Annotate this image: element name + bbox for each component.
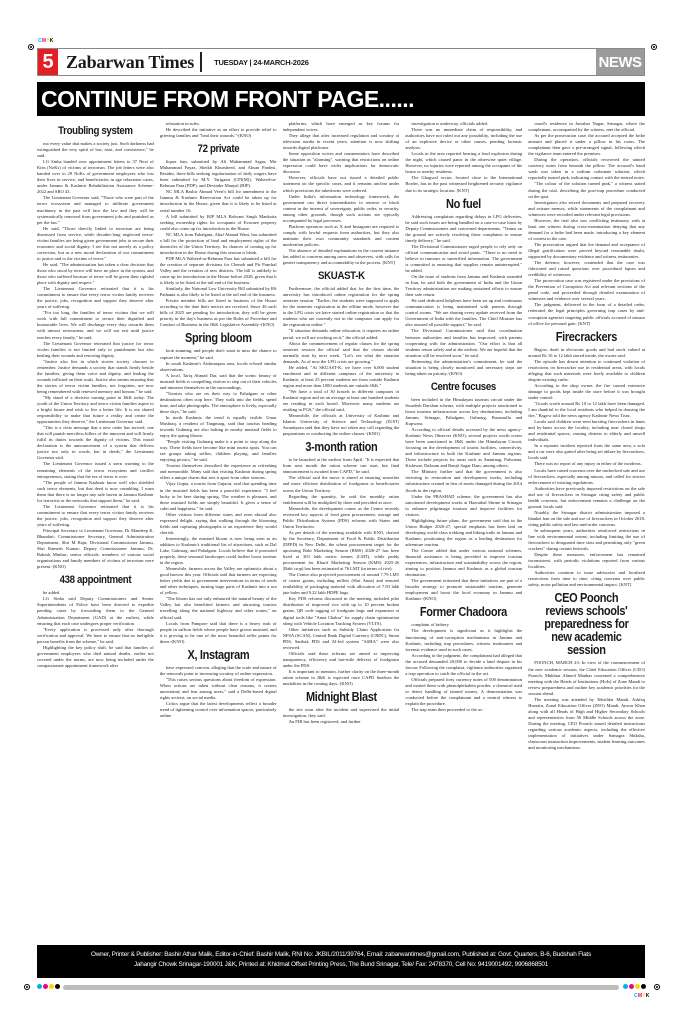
- article-paragraph: "This is a clear message that a new orde…: [37, 425, 154, 461]
- article-paragraph: Addressing complaints regarding delays i…: [405, 214, 522, 244]
- article-paragraph: POONCH, MARCH 23: In view of the commenc…: [528, 660, 645, 696]
- magenta-dot: [43, 984, 48, 989]
- yellow-dot: [635, 984, 640, 989]
- article-paragraph: Notably, the Srinagar district administr…: [528, 510, 645, 528]
- article-headline: Former Chadoora: [412, 606, 515, 619]
- article-paragraph: Meanwhile, farmers across the Valley are…: [160, 566, 277, 596]
- article-headline: 3-month ration: [290, 441, 393, 454]
- article-paragraph: out every value that makes a society jus…: [37, 141, 154, 159]
- article-paragraph: However, the trial also saw conflicting …: [528, 218, 645, 242]
- article-paragraph: "Goods worth around Rs 10 to 12 lakh hav…: [528, 401, 645, 419]
- cyan-dot: [37, 984, 42, 989]
- article-paragraph: Other visitors from different states and…: [160, 512, 277, 536]
- article-columns: Troubling systemout every value that mak…: [37, 121, 645, 933]
- article-paragraph: The Lieutenant Governor reiterated that …: [37, 341, 154, 359]
- article-paragraph: The prosecution case was registered unde…: [528, 278, 645, 302]
- article-paragraph: "The colour of the solution turned pink,…: [528, 181, 645, 199]
- column-4: investigation is underway, officials add…: [405, 121, 522, 933]
- article-paragraph: have expressed concern, alleging that th…: [160, 665, 277, 677]
- article-paragraph: Bagow, dealt in electronic goods and had…: [528, 347, 645, 359]
- article-paragraph: The judgment, delivered in the form of a…: [528, 302, 645, 326]
- article-headline: 438 appointment: [44, 573, 147, 587]
- article-paragraph: Despite these measures, enforcement has …: [528, 552, 645, 570]
- article-paragraph: He said dedicated helplines have been se…: [405, 298, 522, 328]
- article-paragraph: Regarding the quantity, he said the mont…: [283, 494, 400, 506]
- article-paragraph: "For too long, the families of terror vi…: [37, 310, 154, 340]
- column-5: cused's residence in Jawahar Nagar, Srin…: [528, 121, 645, 933]
- article-paragraph: The prosecution argued that the demand a…: [528, 242, 645, 260]
- article-paragraph: According to the shop owner, the fire ca…: [528, 383, 645, 401]
- imprint-footer: Owner, Printer & Publisher: Bashir Athar…: [37, 945, 645, 978]
- article-paragraph: "If situation demands online education, …: [283, 328, 400, 340]
- article-paragraph: "We have a total of 30 hostels in differ…: [283, 389, 400, 413]
- magenta-dot: [629, 984, 634, 989]
- yellow-dot: [49, 984, 54, 989]
- article-paragraph: Other initiatives such as Subsidy Claim …: [283, 627, 400, 651]
- article-paragraph: Highlighting future plans, the governmen…: [405, 518, 522, 548]
- article-paragraph: About the commencement of regular classe…: [283, 341, 400, 365]
- article-paragraph: "Tourists who are on their way to Pahalg…: [160, 391, 277, 415]
- article-paragraph: The episode has drawn attention to conti…: [528, 359, 645, 383]
- registration-mark-top-right: [651, 44, 657, 50]
- article-paragraph: Meanwhile, the officials at University o…: [283, 413, 400, 437]
- article-paragraph: Tourists themselves described the experi…: [160, 463, 277, 481]
- registration-mark-top-left: [28, 44, 34, 50]
- article-paragraph: On the issue of students from Jammu and …: [405, 274, 522, 298]
- article-paragraph: LG Sinha handed over appointment letters…: [37, 159, 154, 195]
- page-number: 5: [38, 49, 58, 75]
- article-paragraph: Vijay Gupta, a tourist from Gujarat, sai…: [160, 481, 277, 511]
- article-paragraph: The Lieutenant Governor said, "Those who…: [37, 195, 154, 225]
- article-paragraph: He described the initiative as an effort…: [160, 127, 277, 139]
- registration-mark-bottom-left: [24, 984, 30, 990]
- article-paragraph: Locals have raised concerns over the unc…: [528, 468, 645, 486]
- article-paragraph: "People visiting Gulmarg make it a point…: [160, 439, 277, 463]
- article-paragraph: Principal Secretary to Lieutenant Govern…: [37, 528, 154, 570]
- article-paragraph: As per details of the meeting available …: [283, 530, 400, 572]
- article-paragraph: In north Kashmir, the trend is equally v…: [160, 415, 277, 439]
- article-paragraph: During the operation, officials recovere…: [528, 157, 645, 181]
- article-paragraph: The Centre also projected procurement of…: [283, 572, 400, 596]
- article-paragraph: Meanwhile, the development comes as the …: [283, 506, 400, 530]
- article-paragraph: "Justice also lies in which stories soci…: [37, 359, 154, 395]
- article-paragraph: According to official details accessed b…: [405, 427, 522, 469]
- imprint-line-2: Jahangir Chowk Srinagar-190001 J&K, Prin…: [37, 960, 645, 970]
- article-paragraph: look stunning, and people don't want to …: [160, 348, 277, 360]
- article-paragraph: He said, "Those directly linked to terro…: [37, 226, 154, 262]
- article-paragraph: "My stand of a decisive turning point in…: [37, 395, 154, 425]
- article-paragraph: cused's residence in Jawahar Nagar, Srin…: [528, 121, 645, 133]
- article-paragraph: The Lieutenant Governor reiterated that …: [37, 504, 154, 528]
- article-paragraph: The government reiterated that these ini…: [405, 578, 522, 602]
- article-paragraph: A bill submitted by BJP MLA Balwant Sing…: [160, 214, 277, 232]
- article-paragraph: In subsequent years, authorities reinfor…: [528, 528, 645, 552]
- article-paragraph: Key PDS reforms discussed in the meeting…: [283, 596, 400, 626]
- article-paragraph: An FIR has been registered, and further: [283, 719, 400, 725]
- article-paragraph: As per the prosecution case, the accused…: [528, 133, 645, 157]
- column-1: Troubling systemout every value that mak…: [37, 121, 154, 933]
- article-paragraph: LG Sinha said Deputy Commissioners and S…: [37, 596, 154, 626]
- article-paragraph: The meeting was attended by Tehsildar Ma…: [528, 697, 645, 751]
- article-paragraph: Highlighting the key policy shift, he sa…: [37, 645, 154, 669]
- article-headline: No fuel: [412, 198, 515, 211]
- article-headline: Troubling system: [44, 124, 147, 138]
- article-paragraph: According to the judgment, the complaina…: [405, 653, 522, 677]
- article-paragraph: The Ministry further said that the gover…: [405, 469, 522, 493]
- registration-mark-bottom-right: [654, 984, 660, 990]
- article-headline: SKUAST-K: [290, 269, 393, 283]
- article-paragraph: He said, "The administration has taken a…: [37, 262, 154, 286]
- article-paragraph: "The people of Jammu Kashmir know well w…: [37, 480, 154, 504]
- paper-name: Zabarwan Times: [58, 52, 202, 72]
- article-headline: Centre focuses: [412, 380, 515, 394]
- article-paragraph: Authorities have previously imposed rest…: [528, 486, 645, 510]
- article-paragraph: They allege that after increased regulat…: [283, 133, 400, 151]
- article-paragraph: The defence, however, contended that the…: [528, 260, 645, 278]
- article-paragraph: platforms, which have emerged as key for…: [283, 121, 400, 133]
- article-paragraph: PDP MLA Waheed-ur-Rehman Para has submit…: [160, 256, 277, 286]
- article-paragraph: Locals said children were seen bursting …: [528, 419, 645, 443]
- black-dot: [55, 984, 60, 989]
- article-headline: CEO Poonch reviews schools' preparedness…: [535, 592, 638, 657]
- article-headline: 72 private: [167, 142, 270, 156]
- article-paragraph: liquor ban, submitted by Ali Muhammad Sa…: [160, 159, 277, 189]
- article-paragraph: Under India's information technology fra…: [283, 194, 400, 224]
- article-paragraph: "Every application is processed only aft…: [37, 627, 154, 645]
- article-paragraph: Investigators also seized documents and …: [528, 200, 645, 218]
- article-paragraph: Interestingly, the mustard bloom is now …: [160, 536, 277, 566]
- article-paragraph: The Centre added that under various nati…: [405, 548, 522, 578]
- page-title-banner: CONTINUE FROM FRONT PAGE......: [37, 82, 645, 116]
- column-3: platforms, which have emerged as key for…: [283, 121, 400, 933]
- article-paragraph: Officials prepared forty currency notes …: [405, 677, 522, 707]
- article-paragraph: In a separate incident reported from the…: [528, 443, 645, 461]
- article-paragraph: to be launched at the earliest from Apri…: [283, 457, 400, 475]
- color-dots-left: [37, 984, 60, 989]
- article-paragraph: The absence of detailed explanations in …: [283, 248, 400, 266]
- gray-color-bar: [63, 985, 619, 990]
- column-2: relaxation in rules.He described the ini…: [160, 121, 277, 933]
- article-paragraph: Locals in the area reported hearing a lo…: [405, 151, 522, 175]
- article-paragraph: Some opposition voices and commentators …: [283, 151, 400, 175]
- article-paragraph: The Lieutenant Governor reiterated that …: [37, 286, 154, 310]
- article-paragraph: Furthermore, the official added that for…: [283, 286, 400, 328]
- article-paragraph: Reiterating the administration's commitm…: [405, 359, 522, 377]
- article-paragraph: "This raises serious questions about fre…: [160, 677, 277, 701]
- article-paragraph: The Lieutenant Governor issued a stern w…: [37, 461, 154, 479]
- article-paragraph: Locals from Pampore said that there is a…: [160, 621, 277, 645]
- cmyk-label-top: CMYK: [38, 38, 54, 44]
- color-dots-right: [623, 984, 646, 989]
- article-paragraph: "The bloom has not only enhanced the nat…: [160, 596, 277, 620]
- article-paragraph: It is important to mention, further clar…: [283, 669, 400, 687]
- issue-date: TUESDAY | 24-MARCH-2026: [202, 49, 596, 75]
- article-paragraph: The official said the move is aimed at e…: [283, 475, 400, 493]
- article-paragraph: In south Kashmir's Aishmuqam area, local…: [160, 361, 277, 373]
- cmyk-label-bottom: CMYK: [634, 993, 650, 999]
- article-paragraph: Under the PRASHAD scheme, the government…: [405, 494, 522, 518]
- black-dot: [641, 984, 646, 989]
- article-paragraph: However, officials have not issued a det…: [283, 175, 400, 193]
- article-paragraph: Platform operators such as X and Instagr…: [283, 224, 400, 248]
- article-paragraph: A local, Tariq Ahmad Dar, said that the …: [160, 373, 277, 391]
- article-paragraph: Authorities continue to issue advisories…: [528, 570, 645, 588]
- article-paragraph: The trap team then proceeded to the ac-: [405, 707, 522, 713]
- cyan-dot: [623, 984, 628, 989]
- article-paragraph: The Divisional Commissioner said that co…: [405, 328, 522, 358]
- article-headline: X, Instagram: [167, 649, 270, 662]
- article-headline: Midnight Blast: [290, 691, 393, 704]
- article-paragraph: the site soon after the incident and sup…: [283, 707, 400, 719]
- article-headline: Spring bloom: [167, 332, 270, 345]
- article-paragraph: Critics argue that the latest developmen…: [160, 701, 277, 719]
- masthead: 5 Zabarwan Times TUESDAY | 24-MARCH-2026…: [37, 48, 645, 76]
- article-paragraph: The Ghagwal sector, located close to the…: [405, 175, 522, 193]
- article-paragraph: There was no report of any injury in eit…: [528, 461, 645, 467]
- article-paragraph: Similarly, the National Law University B…: [160, 286, 277, 298]
- section-tag: NEWS: [596, 49, 644, 75]
- article-paragraph: Private member bills are listed in busin…: [160, 298, 277, 328]
- article-paragraph: NC MLA from Pahalgam, Altaf Ahmad Wani, …: [160, 232, 277, 256]
- article-paragraph: There was no immediate claim of responsi…: [405, 127, 522, 151]
- article-headline: Firecrackers: [535, 331, 638, 344]
- imprint-line-1: Owner, Printer & Publisher: Bashir Athar…: [37, 950, 645, 960]
- article-paragraph: been included in the Himalayan tourism c…: [405, 397, 522, 427]
- article-paragraph: Officials said these reforms are aimed a…: [283, 651, 400, 669]
- article-paragraph: He added, "At SKUAST-K, we have over 6,0…: [283, 365, 400, 389]
- article-paragraph: NC MLA Bashir Ahmad Veeri's bill for ame…: [160, 189, 277, 213]
- article-paragraph: The Divisional Commissioner urged people…: [405, 244, 522, 274]
- article-paragraph: The development is significant as it hig…: [405, 628, 522, 652]
